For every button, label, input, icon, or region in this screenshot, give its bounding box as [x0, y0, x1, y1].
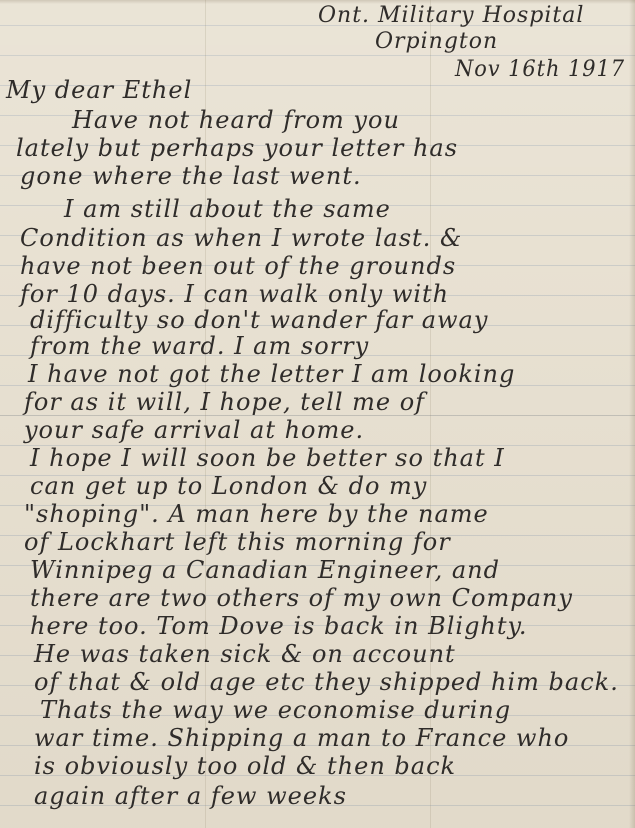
body-line: I have not got the letter I am looking — [28, 360, 515, 388]
body-line: is obviously too old & then back — [34, 752, 456, 780]
heading-date: Nov 16th 1917 — [455, 56, 625, 84]
body-line: from the ward. I am sorry — [30, 332, 369, 360]
letter-page: Ont. Military Hospital Orpington Nov 16t… — [0, 0, 635, 828]
body-line: I hope I will soon be better so that I — [30, 444, 505, 472]
body-line: again after a few weeks — [34, 782, 347, 810]
body-line: can get up to London & do my — [30, 472, 427, 500]
body-line: gone where the last went. — [20, 162, 362, 190]
body-line: Thats the way we economise during — [40, 696, 511, 724]
heading-location-line2: Orpington — [375, 28, 498, 56]
body-line: Condition as when I wrote last. & — [20, 224, 462, 252]
body-line: here too. Tom Dove is back in Blighty. — [30, 612, 528, 640]
body-line: lately but perhaps your letter has — [16, 134, 458, 162]
body-line: of Lockhart left this morning for — [24, 528, 451, 556]
body-line: have not been out of the grounds — [20, 252, 456, 280]
body-line: your safe arrival at home. — [24, 416, 364, 444]
body-line: there are two others of my own Company — [30, 584, 573, 612]
body-line: for as it will, I hope, tell me of — [24, 388, 425, 416]
body-line: Have not heard from you — [72, 106, 400, 134]
heading-location-line1: Ont. Military Hospital — [318, 2, 584, 30]
body-line: He was taken sick & on account — [34, 640, 456, 668]
body-line: for 10 days. I can walk only with — [20, 280, 449, 308]
paper-right-edge — [629, 0, 635, 828]
body-line: Winnipeg a Canadian Engineer, and — [30, 556, 500, 584]
body-line: I am still about the same — [64, 195, 391, 223]
body-line: difficulty so don't wander far away — [30, 306, 488, 334]
salutation: My dear Ethel — [6, 76, 192, 104]
body-line: war time. Shipping a man to France who — [34, 724, 569, 752]
body-line: of that & old age etc they shipped him b… — [34, 668, 619, 696]
body-line: "shoping". A man here by the name — [24, 500, 489, 528]
